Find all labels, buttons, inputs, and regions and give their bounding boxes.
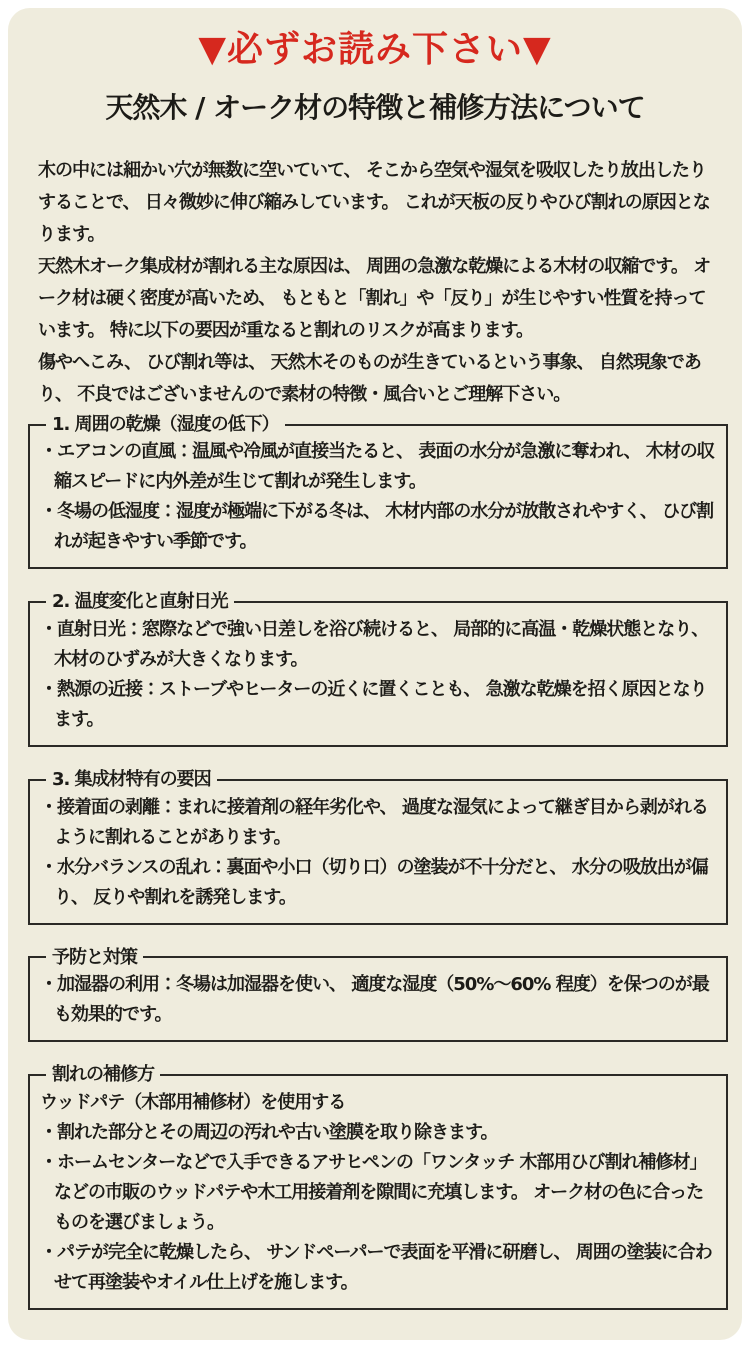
notice-panel: ▼必ずお読み下さい▼ 天然木 / オーク材の特徴と補修方法について 木の中には細… <box>8 8 742 1340</box>
section-crack-repair: 割れの補修方 ウッドパテ（木部用補修材）を使用する ・割れた部分とその周辺の汚れ… <box>28 1064 728 1310</box>
section-surrounding-dryness: 1. 周囲の乾燥（湿度の低下） ・エアコンの直風：温風や冷風が直接当たると、 表… <box>28 414 728 570</box>
section-title: 2. 温度変化と直射日光 <box>46 591 234 613</box>
bullet-item: ・パテが完全に乾燥したら、 サンドペーパーで表面を平滑に研磨し、 周囲の塗装に合… <box>40 1238 716 1298</box>
warning-heading: ▼必ずお読み下さい▼ <box>8 28 742 71</box>
section-title: 予防と対策 <box>46 947 143 969</box>
bullet-item: ・ホームセンターなどで入手できるアサヒペンの「ワンタッチ 木部用ひび割れ補修材」… <box>40 1148 716 1238</box>
bullet-item: ・割れた部分とその周辺の汚れや古い塗膜を取り除きます。 <box>40 1118 716 1148</box>
page-title: 天然木 / オーク材の特徴と補修方法について <box>8 91 742 125</box>
intro-paragraph: 木の中には細かい穴が無数に空いていて、 そこから空気や湿気を吸収したり放出したり… <box>38 155 718 251</box>
intro-paragraph: 天然木オーク集成材が割れる主な原因は、 周囲の急激な乾燥による木材の収縮です。 … <box>38 251 718 347</box>
section-title: 1. 周囲の乾燥（湿度の低下） <box>46 414 285 436</box>
product-notice-page: ▼必ずお読み下さい▼ 天然木 / オーク材の特徴と補修方法について 木の中には細… <box>0 0 750 1348</box>
bullet-item: ・接着面の剥離：まれに接着剤の経年劣化や、 過度な湿気によって継ぎ目から剥がれる… <box>40 793 716 853</box>
section-prevention-measures: 予防と対策 ・加湿器の利用：冬場は加湿器を使い、 適度な湿度（50%～60% 程… <box>28 947 728 1043</box>
intro-text-block: 木の中には細かい穴が無数に空いていて、 そこから空気や湿気を吸収したり放出したり… <box>38 155 718 411</box>
bullet-item: ・水分バランスの乱れ：裏面や小口（切り口）の塗装が不十分だと、 水分の吸放出が偏… <box>40 853 716 913</box>
intro-paragraph: 傷やへこみ、 ひび割れ等は、 天然木そのものが生きているという事象、 自然現象で… <box>38 347 718 411</box>
bullet-item: ・冬場の低湿度：湿度が極端に下がる冬は、 木材内部の水分が放散されやすく、 ひび… <box>40 497 716 557</box>
bullet-item: ・加湿器の利用：冬場は加湿器を使い、 適度な湿度（50%～60% 程度）を保つの… <box>40 970 716 1030</box>
bullet-item: ・直射日光：窓際などで強い日差しを浴び続けると、 局部的に高温・乾燥状態となり、… <box>40 615 716 675</box>
bullet-item: ・熱源の近接：ストーブやヒーターの近くに置くことも、 急激な乾燥を招く原因となり… <box>40 675 716 735</box>
section-title: 割れの補修方 <box>46 1064 160 1086</box>
bullet-item: ・エアコンの直風：温風や冷風が直接当たると、 表面の水分が急激に奪われ、 木材の… <box>40 437 716 497</box>
section-laminated-wood-factors: 3. 集成材特有の要因 ・接着面の剥離：まれに接着剤の経年劣化や、 過度な湿気に… <box>28 769 728 925</box>
section-temperature-sunlight: 2. 温度変化と直射日光 ・直射日光：窓際などで強い日差しを浴び続けると、 局部… <box>28 591 728 747</box>
section-title: 3. 集成材特有の要因 <box>46 769 217 791</box>
repair-method-lead: ウッドパテ（木部用補修材）を使用する <box>40 1088 716 1118</box>
